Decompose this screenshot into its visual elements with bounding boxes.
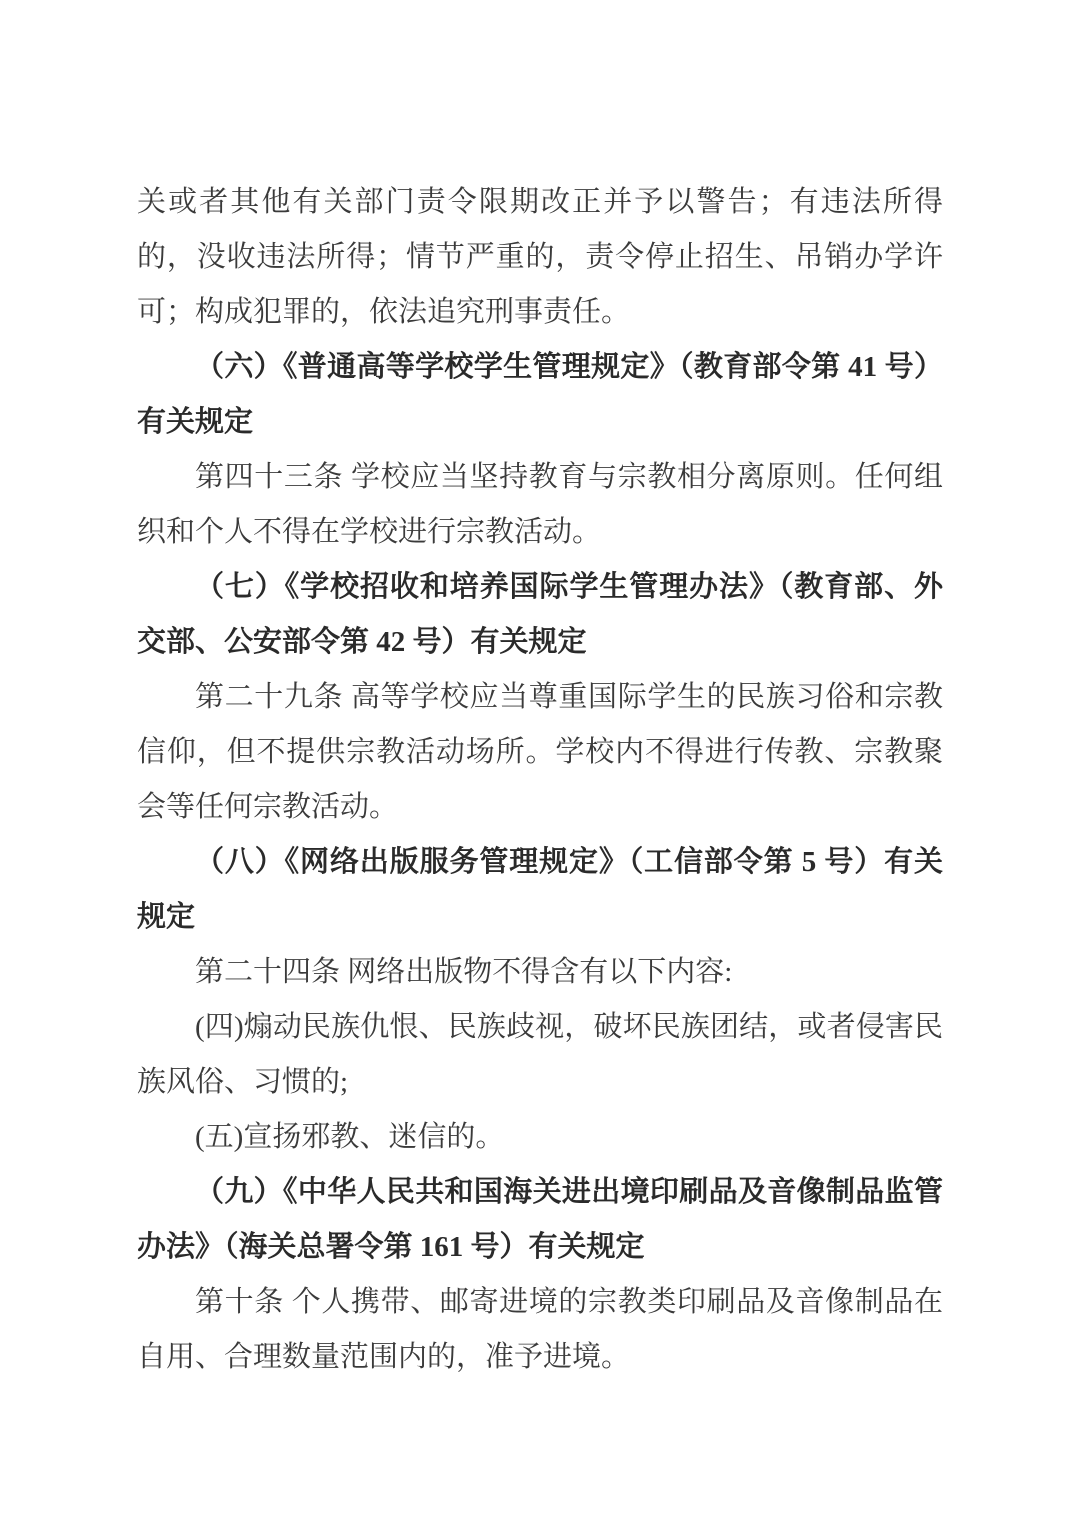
body-paragraph: 第二十九条 高等学校应当尊重国际学生的民族习俗和宗教信仰，但不提供宗教活动场所。… <box>137 670 943 835</box>
body-paragraph: (四)煽动民族仇恨、民族歧视，破坏民族团结，或者侵害民族风俗、习惯的; <box>137 1000 943 1110</box>
section-heading-6: （六）《普通高等学校学生管理规定》（教育部令第 41 号）有关规定 <box>137 340 943 450</box>
section-heading-9: （九）《中华人民共和国海关进出境印刷品及音像制品监管办法》（海关总署令第 161… <box>137 1165 943 1275</box>
section-heading-7: （七）《学校招收和培养国际学生管理办法》（教育部、外交部、公安部令第 42 号）… <box>137 560 943 670</box>
document-page: 关或者其他有关部门责令限期改正并予以警告；有违法所得的，没收违法所得；情节严重的… <box>0 0 1074 1520</box>
section-heading-8: （八）《网络出版服务管理规定》（工信部令第 5 号）有关规定 <box>137 835 943 945</box>
body-paragraph: (五)宣扬邪教、迷信的。 <box>137 1110 943 1165</box>
body-paragraph-continuation: 关或者其他有关部门责令限期改正并予以警告；有违法所得的，没收违法所得；情节严重的… <box>137 175 943 340</box>
body-paragraph: 第十条 个人携带、邮寄进境的宗教类印刷品及音像制品在自用、合理数量范围内的，准予… <box>137 1275 943 1385</box>
body-paragraph: 第二十四条 网络出版物不得含有以下内容: <box>137 945 943 1000</box>
body-paragraph: 第四十三条 学校应当坚持教育与宗教相分离原则。任何组织和个人不得在学校进行宗教活… <box>137 450 943 560</box>
